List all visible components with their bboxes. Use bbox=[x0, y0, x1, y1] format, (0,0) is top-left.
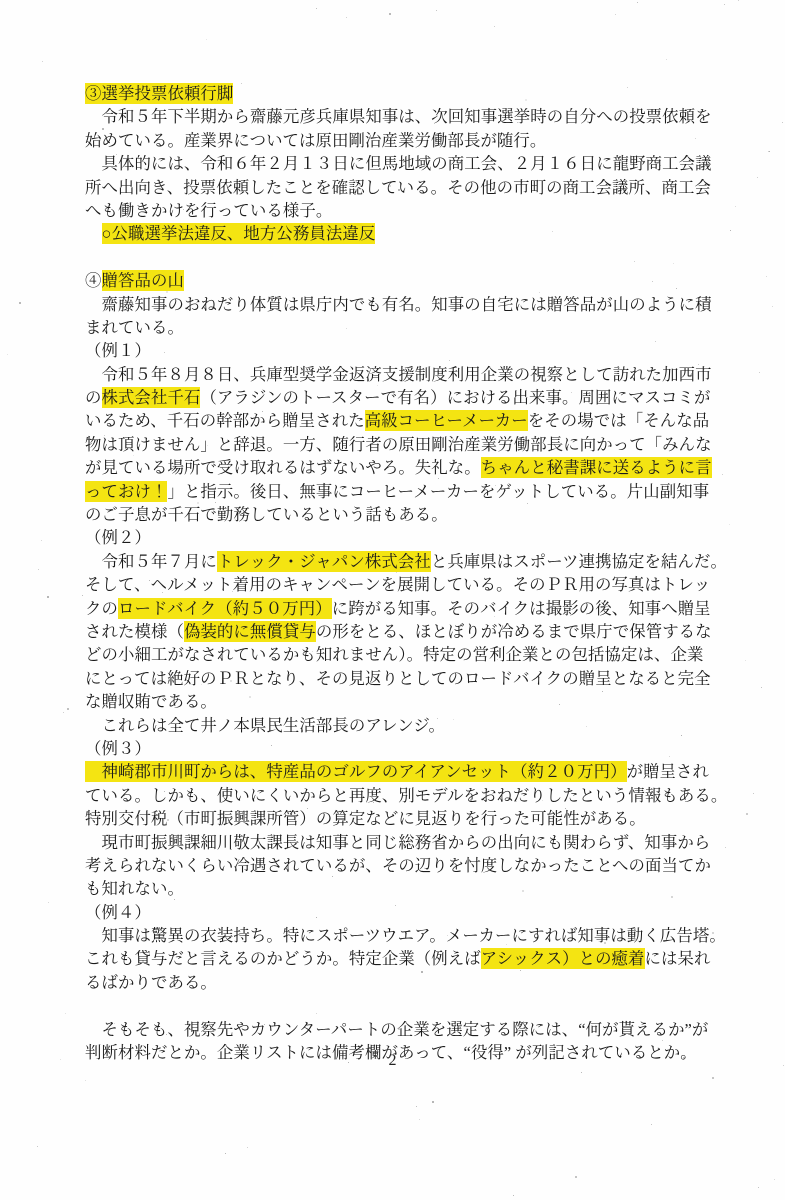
text-line: 所へ出向き、投票依頼したことを確認している。その他の市町の商工会議所、商工会 bbox=[85, 176, 745, 199]
text-line: 令和５年下半期から齋藤元彦兵庫県知事は、次回知事選挙時の自分への投票依頼を bbox=[85, 105, 745, 128]
highlighted-text: 贈答品の山 bbox=[102, 271, 184, 290]
scan-speck bbox=[7, 354, 8, 355]
text-line: の株式会社千石（アラジンのトースターで有名）における出来事。周囲にマスコミが bbox=[85, 386, 745, 409]
text-segment: も知れない。 bbox=[85, 879, 184, 898]
highlighted-text: ちゃんと秘書課に送るように言 bbox=[481, 458, 712, 477]
scan-speck bbox=[67, 708, 69, 710]
text-segment: 物は頂けません」と辞退。一方、随行者の原田剛治産業労働部長に向かって「みんな bbox=[85, 435, 712, 454]
text-segment: クの bbox=[85, 599, 118, 618]
scan-speck bbox=[615, 14, 616, 15]
text-segment: 特別交付税（市町振興課所管）の算定などに見返りを行った可能性がある。 bbox=[85, 809, 646, 828]
scan-speck bbox=[65, 1013, 66, 1014]
text-line: のご子息が千石で勤務しているという話もある。 bbox=[85, 503, 745, 526]
text-line: 現市町振興課細川敬太課長は知事と同じ総務省からの出向にも関わらず、知事から bbox=[85, 831, 745, 854]
text-segment: 現市町振興課細川敬太課長は知事と同じ総務省からの出向にも関わらず、知事から bbox=[85, 833, 710, 852]
highlighted-text: 神崎郡市川町からは、特産品のゴルフのアイアンセット（約２０万円） bbox=[85, 762, 627, 781]
highlighted-text: ③選挙投票依頼行脚 bbox=[85, 84, 233, 103]
text-segment: にとっては絶好のＰＲとなり、その見返りとしてのロードバイクの贈呈となると完全 bbox=[85, 669, 711, 688]
scan-speck bbox=[19, 302, 21, 304]
text-segment: に跨がる知事。そのバイクは撮影の後、知事へ贈呈 bbox=[332, 599, 711, 618]
text-segment: （例３） bbox=[85, 739, 151, 758]
text-segment: と兵庫県はスポーツ連携協定を結んだ。 bbox=[431, 552, 727, 571]
scan-speck bbox=[389, 13, 391, 15]
highlighted-text: トレック・ジャパン株式会社 bbox=[217, 552, 431, 571]
text-line: （例４） bbox=[85, 901, 745, 924]
text-line: クのロードバイク（約５０万円）に跨がる知事。そのバイクは撮影の後、知事へ贈呈 bbox=[85, 597, 745, 620]
text-segment: のご子息が千石で勤務しているという話もある。 bbox=[85, 505, 448, 524]
text-line: ている。しかも、使いにくいからと再度、別モデルをおねだりしたという情報もある。 bbox=[85, 784, 745, 807]
text-segment: 具体的には、令和６年２月１３日に但馬地域の商工会、２月１６日に龍野商工会議 bbox=[85, 154, 712, 173]
text-line: が見ている場所で受け取れるはずないやろ。失礼な。ちゃんと秘書課に送るように言 bbox=[85, 456, 745, 479]
text-line: どの小細工がなされているかも知れません）。特定の営利企業との包括協定は、企業 bbox=[85, 643, 745, 666]
text-line: るばかりである。 bbox=[85, 971, 745, 994]
text-segment: 考えられないくらい冷遇されているが、その辺りを忖度しなかったことへの面当てか bbox=[85, 856, 711, 875]
text-line: ○公職選挙法違反、地方公務員法違反 bbox=[85, 222, 745, 245]
text-line: された模様（偽装的に無償貸与の形をとる、ほとぼりが冷めるまで県庁で保管するな bbox=[85, 620, 745, 643]
scan-speck bbox=[761, 687, 762, 688]
scan-speck bbox=[758, 1187, 759, 1188]
text-segment: へも働きかけを行っている様子。 bbox=[85, 201, 332, 220]
highlighted-text: アシックス）との癒着 bbox=[481, 949, 645, 968]
scan-speck bbox=[85, 1080, 86, 1081]
scan-speck bbox=[41, 540, 42, 541]
text-line: （例２） bbox=[85, 526, 745, 549]
text-line: ③選挙投票依頼行脚 bbox=[85, 82, 745, 105]
text-segment: （アラジンのトースターで有名）における出来事。周囲にマスコミが bbox=[200, 388, 710, 407]
text-segment: された模様（ bbox=[85, 622, 184, 641]
scan-speck bbox=[782, 122, 783, 123]
text-line: にとっては絶好のＰＲとなり、その見返りとしてのロードバイクの贈呈となると完全 bbox=[85, 667, 745, 690]
scan-speck bbox=[666, 59, 667, 60]
text-segment: が見ている場所で受け取れるはずないやろ。失礼な。 bbox=[85, 458, 481, 477]
scan-speck bbox=[745, 660, 746, 661]
text-segment: そもそも、視察先やカウンターパートの企業を選定する際には、“何が貰えるか”が bbox=[85, 1020, 708, 1039]
scan-speck bbox=[637, 2, 638, 3]
scan-speck bbox=[48, 902, 49, 903]
text-line: 特別交付税（市町振興課所管）の算定などに見返りを行った可能性がある。 bbox=[85, 807, 745, 830]
text-line: これも貸与だと言えるのかどうか。特定企業（例えばアシックス）との癒着には呆れ bbox=[85, 947, 745, 970]
text-segment: （例１） bbox=[85, 341, 151, 360]
scan-speck bbox=[581, 1072, 582, 1073]
scan-speck bbox=[47, 596, 49, 598]
scan-speck bbox=[746, 813, 748, 815]
highlighted-text: 偽装的に無償貸与 bbox=[184, 622, 316, 641]
scan-speck bbox=[82, 595, 83, 596]
text-segment: が贈呈され bbox=[627, 762, 709, 781]
highlighted-text: 高級コーヒーメーカー bbox=[365, 411, 528, 430]
text-segment: ④ bbox=[85, 271, 102, 290]
text-line: 具体的には、令和６年２月１３日に但馬地域の商工会、２月１６日に龍野商工会議 bbox=[85, 152, 745, 175]
text-line: 始めている。産業界については原田剛治産業労働部長が随行。 bbox=[85, 129, 745, 152]
scan-speck bbox=[575, 1176, 577, 1178]
text-segment: まれている。 bbox=[85, 318, 184, 337]
scan-speck bbox=[724, 4, 725, 5]
highlighted-text: 株式会社千石 bbox=[102, 388, 201, 407]
text-line: 考えられないくらい冷遇されているが、その辺りを忖度しなかったことへの面当てか bbox=[85, 854, 745, 877]
text-line: そもそも、視察先やカウンターパートの企業を選定する際には、“何が貰えるか”が bbox=[85, 1018, 745, 1041]
scan-speck bbox=[37, 1146, 38, 1147]
scan-speck bbox=[772, 306, 773, 307]
text-line: まれている。 bbox=[85, 316, 745, 339]
text-segment: 所へ出向き、投票依頼したことを確認している。その他の市町の商工会議所、商工会 bbox=[85, 178, 711, 197]
scan-speck bbox=[753, 793, 754, 794]
text-segment: 」と指示。後日、無事にコーヒーメーカーをゲットしている。片山副知事 bbox=[167, 482, 709, 501]
blank-line bbox=[85, 994, 745, 1017]
text-line: これらは全て井ノ本県民生活部長のアレンジ。 bbox=[85, 714, 745, 737]
text-segment: そして、ヘルメット着用のキャンペーンを展開している。そのＰＲ用の写真はトレッ bbox=[85, 575, 710, 594]
scan-speck bbox=[42, 61, 43, 62]
scan-speck bbox=[436, 10, 437, 11]
text-segment: 令和５年下半期から齋藤元彦兵庫県知事は、次回知事選挙時の自分への投票依頼を bbox=[85, 107, 712, 126]
blank-line bbox=[85, 246, 745, 269]
scan-speck bbox=[225, 1153, 226, 1154]
scan-speck bbox=[494, 26, 495, 27]
scan-speck bbox=[419, 1119, 420, 1120]
scan-speck bbox=[432, 1101, 434, 1103]
scan-speck bbox=[63, 712, 64, 713]
text-segment: いるため、千石の幹部から贈呈された bbox=[85, 411, 365, 430]
scan-speck bbox=[513, 1195, 514, 1196]
text-line: っておけ！」と指示。後日、無事にコーヒーメーカーをゲットしている。片山副知事 bbox=[85, 480, 745, 503]
text-segment: 令和５年８月８日、兵庫型奨学金返済支援制度利用企業の視察として訪れた加西市 bbox=[85, 365, 712, 384]
scan-speck bbox=[768, 151, 769, 152]
text-line: そして、ヘルメット着用のキャンペーンを展開している。そのＰＲ用の写真はトレッ bbox=[85, 573, 745, 596]
text-segment: これも貸与だと言えるのかどうか。特定企業（例えば bbox=[85, 949, 481, 968]
text-line: 知事は驚異の衣装持ち。特にスポーツウエア。メーカーにすれば知事は動く広告塔。 bbox=[85, 924, 745, 947]
text-line: 齋藤知事のおねだり体質は県庁内でも有名。知事の自宅には贈答品が山のように積 bbox=[85, 293, 745, 316]
text-segment: な贈収賄である。 bbox=[85, 692, 217, 711]
text-line: も知れない。 bbox=[85, 877, 745, 900]
scan-speck bbox=[247, 1147, 248, 1148]
text-segment: （例４） bbox=[85, 903, 151, 922]
scan-speck bbox=[651, 1124, 652, 1125]
highlighted-text: っておけ！ bbox=[85, 482, 167, 501]
text-line: へも働きかけを行っている様子。 bbox=[85, 199, 745, 222]
text-segment: 齋藤知事のおねだり体質は県庁内でも有名。知事の自宅には贈答品が山のように積 bbox=[85, 295, 712, 314]
scanned-document-page: ③選挙投票依頼行脚 令和５年下半期から齋藤元彦兵庫県知事は、次回知事選挙時の自分… bbox=[0, 0, 785, 1200]
scan-speck bbox=[757, 177, 758, 178]
scan-speck bbox=[766, 276, 767, 277]
text-segment: （例２） bbox=[85, 528, 151, 547]
text-line: 物は頂けません」と辞退。一方、随行者の原田剛治産業労働部長に向かって「みんな bbox=[85, 433, 745, 456]
scan-speck bbox=[769, 151, 770, 152]
text-segment: の bbox=[85, 388, 102, 407]
scan-speck bbox=[416, 1106, 417, 1107]
text-segment: 始めている。産業界については原田剛治産業労働部長が随行。 bbox=[85, 131, 546, 150]
text-segment: 令和５年７月に bbox=[85, 552, 217, 571]
scan-speck bbox=[738, 0, 739, 1]
text-segment: には呆れ bbox=[645, 949, 711, 968]
text-segment bbox=[85, 224, 102, 243]
text-line: な贈収賄である。 bbox=[85, 690, 745, 713]
scan-speck bbox=[759, 372, 760, 373]
text-segment: の形をとる、ほとぼりが冷めるまで県庁で保管するな bbox=[316, 622, 712, 641]
text-line: 令和５年７月にトレック・ジャパン株式会社と兵庫県はスポーツ連携協定を結んだ。 bbox=[85, 550, 745, 573]
text-line: ④贈答品の山 bbox=[85, 269, 745, 292]
text-line: 令和５年８月８日、兵庫型奨学金返済支援制度利用企業の視察として訪れた加西市 bbox=[85, 363, 745, 386]
scan-speck bbox=[346, 17, 347, 18]
document-body: ③選挙投票依頼行脚 令和５年下半期から齋藤元彦兵庫県知事は、次回知事選挙時の自分… bbox=[85, 82, 745, 1064]
scan-speck bbox=[206, 39, 207, 40]
highlighted-text: ロードバイク（約５０万円） bbox=[118, 599, 332, 618]
text-line: 神崎郡市川町からは、特産品のゴルフのアイアンセット（約２０万円）が贈呈され bbox=[85, 760, 745, 783]
scan-speck bbox=[316, 8, 317, 9]
text-segment: ている。しかも、使いにくいからと再度、別モデルをおねだりしたという情報もある。 bbox=[85, 786, 727, 805]
text-segment: これらは全て井ノ本県民生活部長のアレンジ。 bbox=[85, 716, 445, 735]
scan-speck bbox=[38, 569, 39, 570]
text-segment: 知事は驚異の衣装持ち。特にスポーツウエア。メーカーにすれば知事は動く広告塔。 bbox=[85, 926, 726, 945]
scan-speck bbox=[774, 1179, 775, 1180]
page-number: 2 bbox=[0, 1052, 785, 1070]
text-segment: をその場では「そんな品 bbox=[528, 411, 709, 430]
scan-speck bbox=[712, 1077, 714, 1079]
text-segment: どの小細工がなされているかも知れません）。特定の営利企業との包括協定は、企業 bbox=[85, 645, 703, 664]
highlighted-text: ○公職選挙法違反、地方公務員法違反 bbox=[102, 224, 376, 243]
text-line: （例１） bbox=[85, 339, 745, 362]
text-line: （例３） bbox=[85, 737, 745, 760]
text-segment: るばかりである。 bbox=[85, 973, 217, 992]
text-line: いるため、千石の幹部から贈呈された高級コーヒーメーカーをその場では「そんな品 bbox=[85, 409, 745, 432]
